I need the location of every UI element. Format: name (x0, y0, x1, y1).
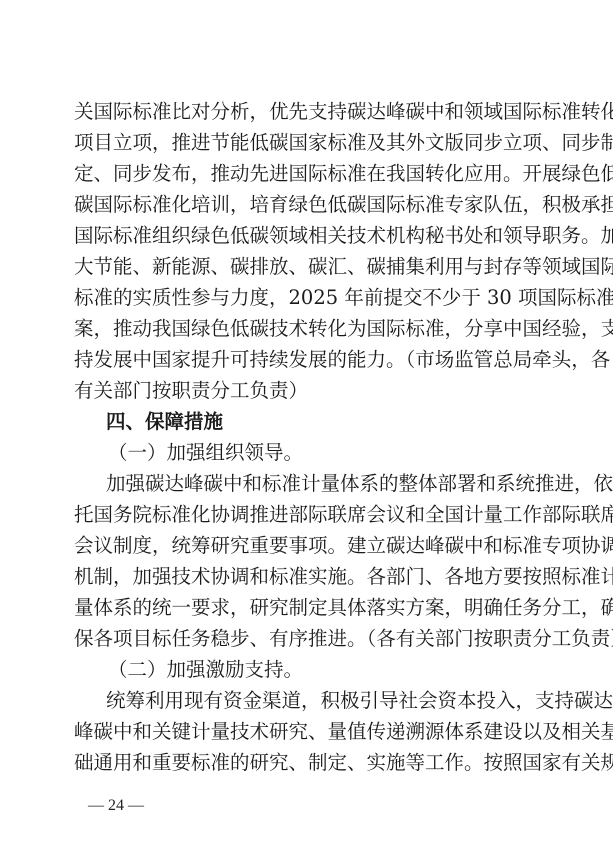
paragraph-line: 大节能、新能源、碳排放、碳汇、碳捕集利用与封存等领域国际 (74, 255, 530, 279)
paragraph-line: 保各项目标任务稳步、有序推进。（各有关部门按职责分工负责） (74, 627, 530, 651)
paragraph-line: 量体系的统一要求，研究制定具体落实方案，明确任务分工，确 (74, 596, 530, 620)
paragraph-line: 国际标准组织绿色低碳领域相关技术机构秘书处和领导职务。加 (74, 224, 530, 248)
document-page: 关国际标准比对分析，优先支持碳达峰碳中和领域国际标准转化 项目立项，推进节能低碳… (0, 0, 613, 864)
paragraph-line: 托国务院标准化协调推进部际联席会议和全国计量工作部际联席 (74, 503, 530, 527)
paragraph-line: 统筹利用现有资金渠道，积极引导社会资本投入，支持碳达 (106, 689, 530, 713)
paragraph-line: 关国际标准比对分析，优先支持碳达峰碳中和领域国际标准转化 (74, 100, 530, 124)
paragraph-line: 项目立项，推进节能低碳国家标准及其外文版同步立项、同步制 (74, 131, 530, 155)
paragraph-line: 峰碳中和关键计量技术研究、量值传递溯源体系建设以及相关基 (74, 720, 530, 744)
paragraph-line: 机制，加强技术协调和标准实施。各部门、各地方要按照标准计 (74, 565, 530, 589)
subsection-title: （一）加强组织领导。 (108, 441, 303, 465)
paragraph-line: 持发展中国家提升可持续发展的能力。（市场监管总局牵头，各 (74, 348, 530, 372)
paragraph-line: 加强碳达峰碳中和标准计量体系的整体部署和系统推进，依 (106, 472, 530, 496)
section-heading: 四、保障措施 (106, 410, 223, 434)
paragraph-line: 案，推动我国绿色低碳技术转化为国际标准，分享中国经验，支 (74, 317, 530, 341)
paragraph-line: 会议制度，统筹研究重要事项。建立碳达峰碳中和标准专项协调 (74, 534, 530, 558)
paragraph-line: 碳国际标准化培训，培育绿色低碳国际标准专家队伍，积极承担 (74, 193, 530, 217)
paragraph-line: 有关部门按职责分工负责） (74, 379, 530, 403)
page-number: — 24 — (88, 796, 144, 816)
paragraph-line: 标准的实质性参与力度，2025 年前提交不少于 30 项国际标准提 (74, 286, 530, 310)
subsection-title: （二）加强激励支持。 (108, 658, 303, 682)
paragraph-line: 础通用和重要标准的研究、制定、实施等工作。按照国家有关规 (74, 751, 530, 775)
paragraph-line: 定、同步发布，推动先进国际标准在我国转化应用。开展绿色低 (74, 162, 530, 186)
